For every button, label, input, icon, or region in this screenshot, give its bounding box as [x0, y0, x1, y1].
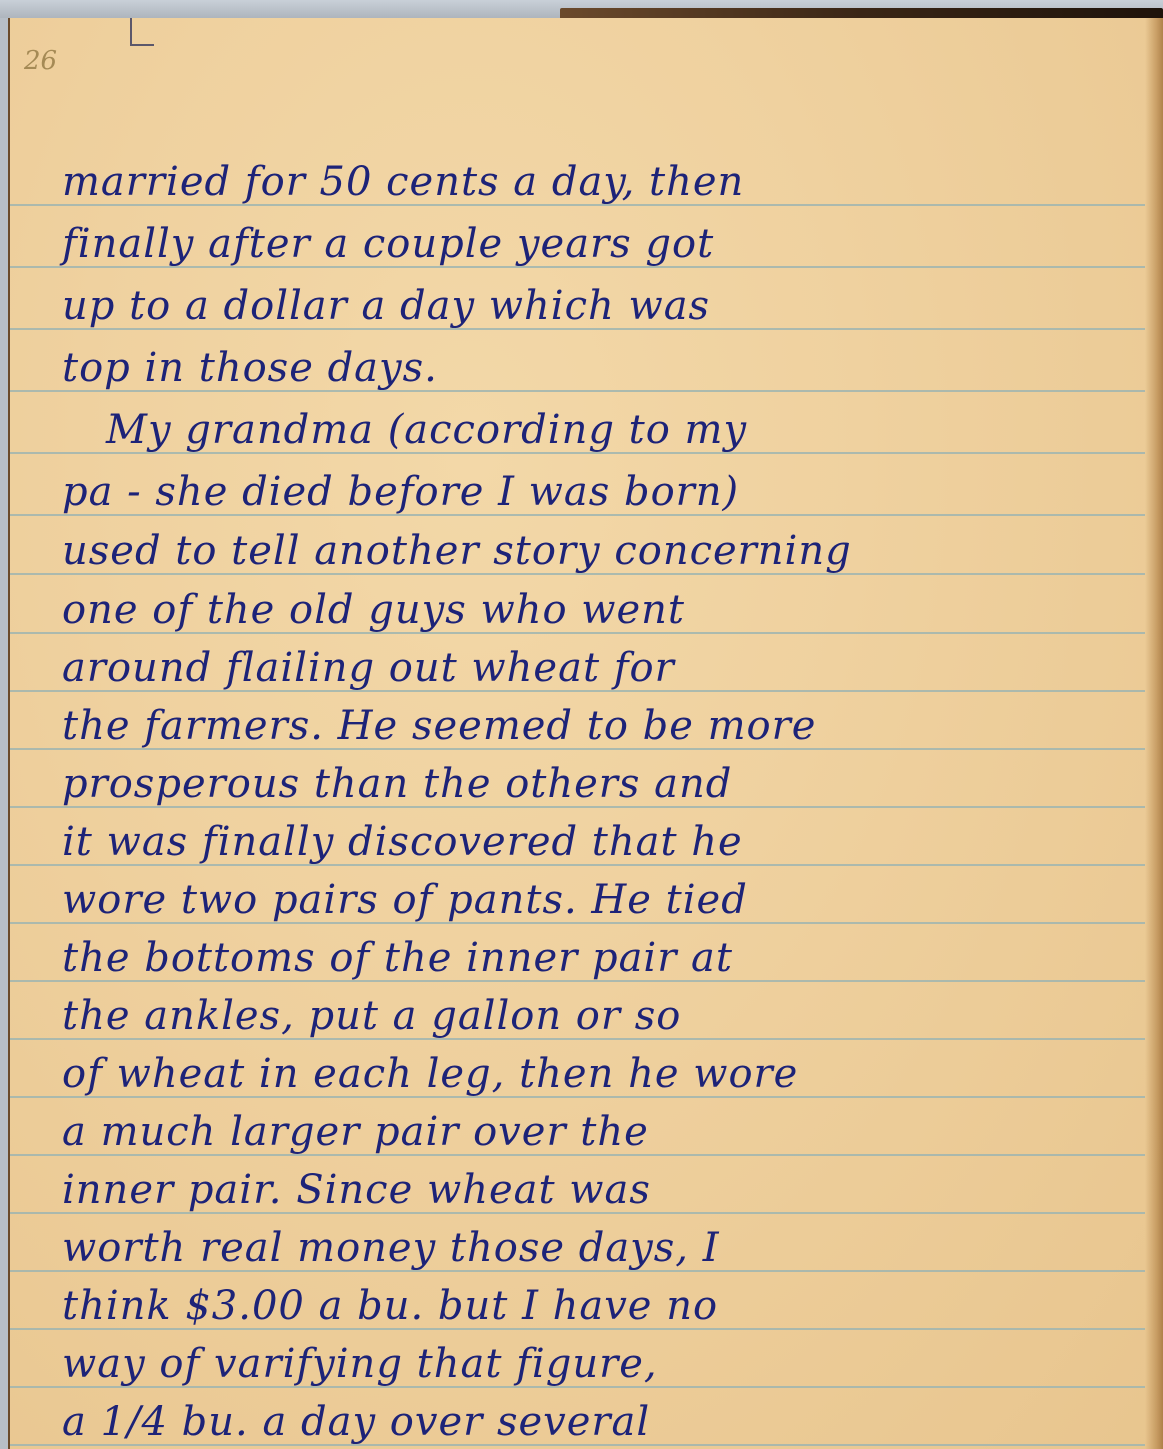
handwritten-line: My grandma (according to my — [106, 406, 1163, 454]
handwritten-line: the bottoms of the inner pair at — [62, 934, 1152, 982]
page-number: 26 — [24, 46, 57, 76]
handwritten-line: used to tell another story concerning — [62, 527, 1152, 575]
handwritten-line: the ankles, put a gallon or so — [62, 992, 1152, 1040]
handwritten-line: wore two pairs of pants. He tied — [62, 876, 1152, 924]
handwritten-line: up to a dollar a day which was — [62, 282, 1152, 330]
page-fold-shadow — [1145, 18, 1163, 1449]
handwritten-line: top in those days. — [62, 344, 1152, 392]
handwritten-line: married for 50 cents a day, then — [62, 158, 1152, 206]
handwritten-line: inner pair. Since wheat was — [62, 1166, 1152, 1214]
handwritten-line: it was finally discovered that he — [62, 818, 1152, 866]
handwritten-line: of wheat in each leg, then he wore — [62, 1050, 1152, 1098]
handwritten-line: way of varifying that figure, — [62, 1340, 1152, 1388]
handwritten-line: the farmers. He seemed to be more — [62, 702, 1152, 750]
notebook-page: 26 married for 50 cents a day, then fina… — [8, 18, 1163, 1449]
handwritten-line: a much larger pair over the — [62, 1108, 1152, 1156]
handwritten-line: a 1/4 bu. a day over several — [62, 1398, 1152, 1446]
handwritten-line: think $3.00 a bu. but I have no — [62, 1282, 1152, 1330]
handwritten-line: one of the old guys who went — [62, 586, 1152, 634]
handwritten-line: pa - she died before I was born) — [62, 468, 1152, 516]
handwritten-line: worth real money those days, I — [62, 1224, 1152, 1272]
handwritten-line: around flailing out wheat for — [62, 644, 1152, 692]
handwritten-line: finally after a couple years got — [62, 220, 1152, 268]
corner-tab-mark — [130, 18, 154, 46]
handwritten-line: prosperous than the others and — [62, 760, 1152, 808]
